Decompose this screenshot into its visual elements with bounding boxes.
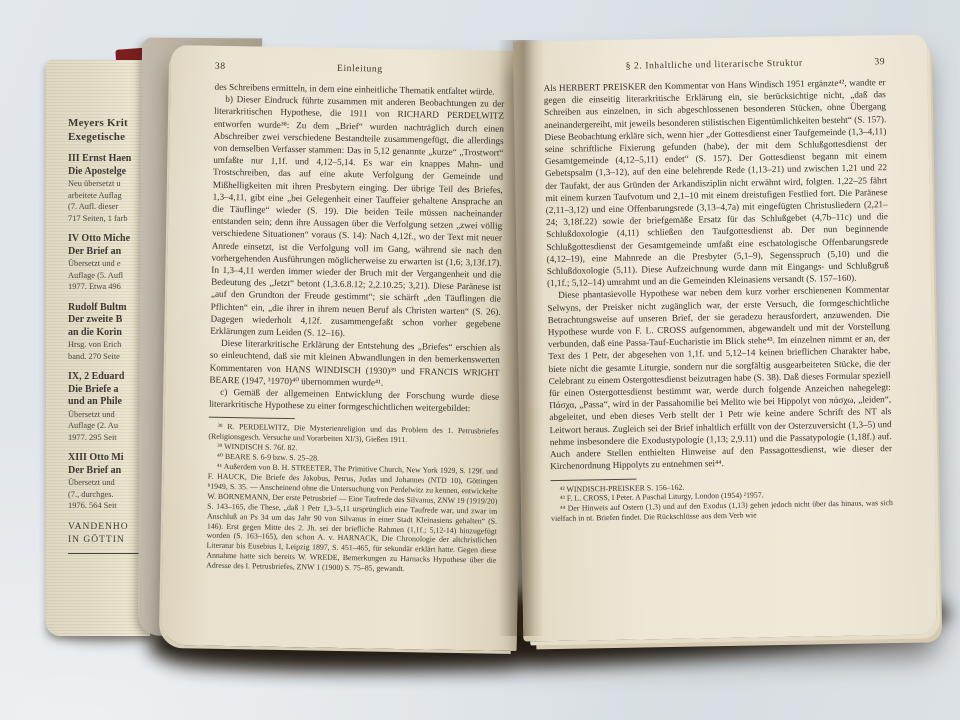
right-page-number: 39 [855, 57, 885, 68]
flap-line: (7. Aufl. dieser [68, 201, 150, 213]
flap-line: Auflage (5. Aufl [68, 270, 150, 282]
flap-line: Der Brief an [68, 465, 150, 478]
right-page-header: § 2. Inhaltliche und literarische Strukt… [543, 57, 885, 73]
flap-line: Neu übersetzt u [68, 178, 150, 190]
header-spacer [543, 70, 573, 71]
body-paragraph: Als HERBERT PREISKER den Kommentar von H… [544, 76, 890, 289]
flap-line: 1977. Etwa 496 [68, 281, 150, 293]
flap-line [68, 512, 150, 521]
right-page-footnotes: ⁴² WINDISCH-PREISKER S. 156–162.⁴³ F. L.… [551, 479, 894, 525]
right-page: § 2. Inhaltliche und literarische Strukt… [513, 34, 937, 641]
flap-line: Der Brief an [68, 246, 150, 259]
left-page-footnotes: ³⁸ R. PERDELWITZ, Die Mysterienreligion … [206, 422, 499, 576]
footnote: ⁴¹ Außerdem von B. H. STREETER, The Prim… [206, 462, 498, 576]
footnote-rule [550, 478, 636, 481]
left-page-number: 38 [215, 62, 245, 73]
flap-line: XIII Otto Mi [68, 452, 150, 465]
photo-scene: Meyers KritExegetischeIII Ernst HaenDie … [0, 0, 960, 720]
body-paragraph: b) Dieser Eindruck führte zusammen mit a… [210, 93, 504, 342]
flap-line: IX, 2 Eduard [68, 371, 150, 384]
flap-line: (7., durchges. [68, 489, 150, 501]
flap-line: an die Korin [68, 327, 150, 340]
flap-line: band. 270 Seite [68, 351, 150, 363]
flap-line: Übersetzt und [68, 409, 150, 421]
flap-line: Die Briefe a [68, 384, 150, 397]
body-paragraph: Diese phantasievolle Hypothese war neben… [547, 284, 892, 473]
left-page-body: des Schreibens ermitteln, in dem eine ei… [209, 81, 505, 415]
flap-line: Übersetzt und [68, 477, 150, 489]
flap-line [68, 443, 150, 452]
left-page: 38 Einleitung des Schreibens ermitteln, … [161, 45, 527, 651]
flap-line: IV Otto Miche [68, 233, 150, 246]
dust-jacket-flap: Meyers KritExegetischeIII Ernst HaenDie … [46, 60, 150, 636]
flap-line: und an Phile [68, 396, 150, 409]
left-running-head: Einleitung [245, 62, 475, 76]
flap-line [68, 362, 150, 371]
right-page-body: Als HERBERT PREISKER den Kommentar von H… [544, 76, 893, 472]
flap-line: 1977. 295 Seit [68, 432, 150, 444]
flap-line: Auflage (2. Au [68, 420, 150, 432]
right-running-head: § 2. Inhaltliche und literarische Strukt… [573, 58, 855, 73]
flap-line [68, 144, 150, 153]
flap-line: Übersetzt und e [68, 258, 150, 270]
flap-line: 1976. 564 Seit [68, 500, 150, 512]
flap-line: Meyers Krit [68, 116, 150, 130]
left-page-header: 38 Einleitung [215, 62, 505, 77]
flap-line: 717 Seiten, 1 farb [68, 213, 150, 225]
flap-line: Rudolf Bultm [68, 302, 150, 315]
body-paragraph: c) Gemäß der allgemeinen Entwicklung der… [209, 386, 499, 415]
flap-line [68, 224, 150, 233]
flap-line: Hrsg. von Erich [68, 339, 150, 351]
header-spacer [475, 73, 505, 74]
flap-advertisement-text: Meyers KritExegetischeIII Ernst HaenDie … [46, 60, 150, 554]
flap-line: Exegetische [68, 130, 150, 144]
flap-line: III Ernst Haen [68, 153, 150, 166]
flap-line: Der zweite B [68, 314, 150, 327]
flap-line: arbeitete Auflag [68, 190, 150, 202]
body-paragraph: Diese literarkritische Erklärung der Ent… [209, 337, 500, 391]
flap-line [68, 293, 150, 302]
footnote-rule [209, 417, 295, 420]
flap-line: Die Apostelge [68, 166, 150, 179]
